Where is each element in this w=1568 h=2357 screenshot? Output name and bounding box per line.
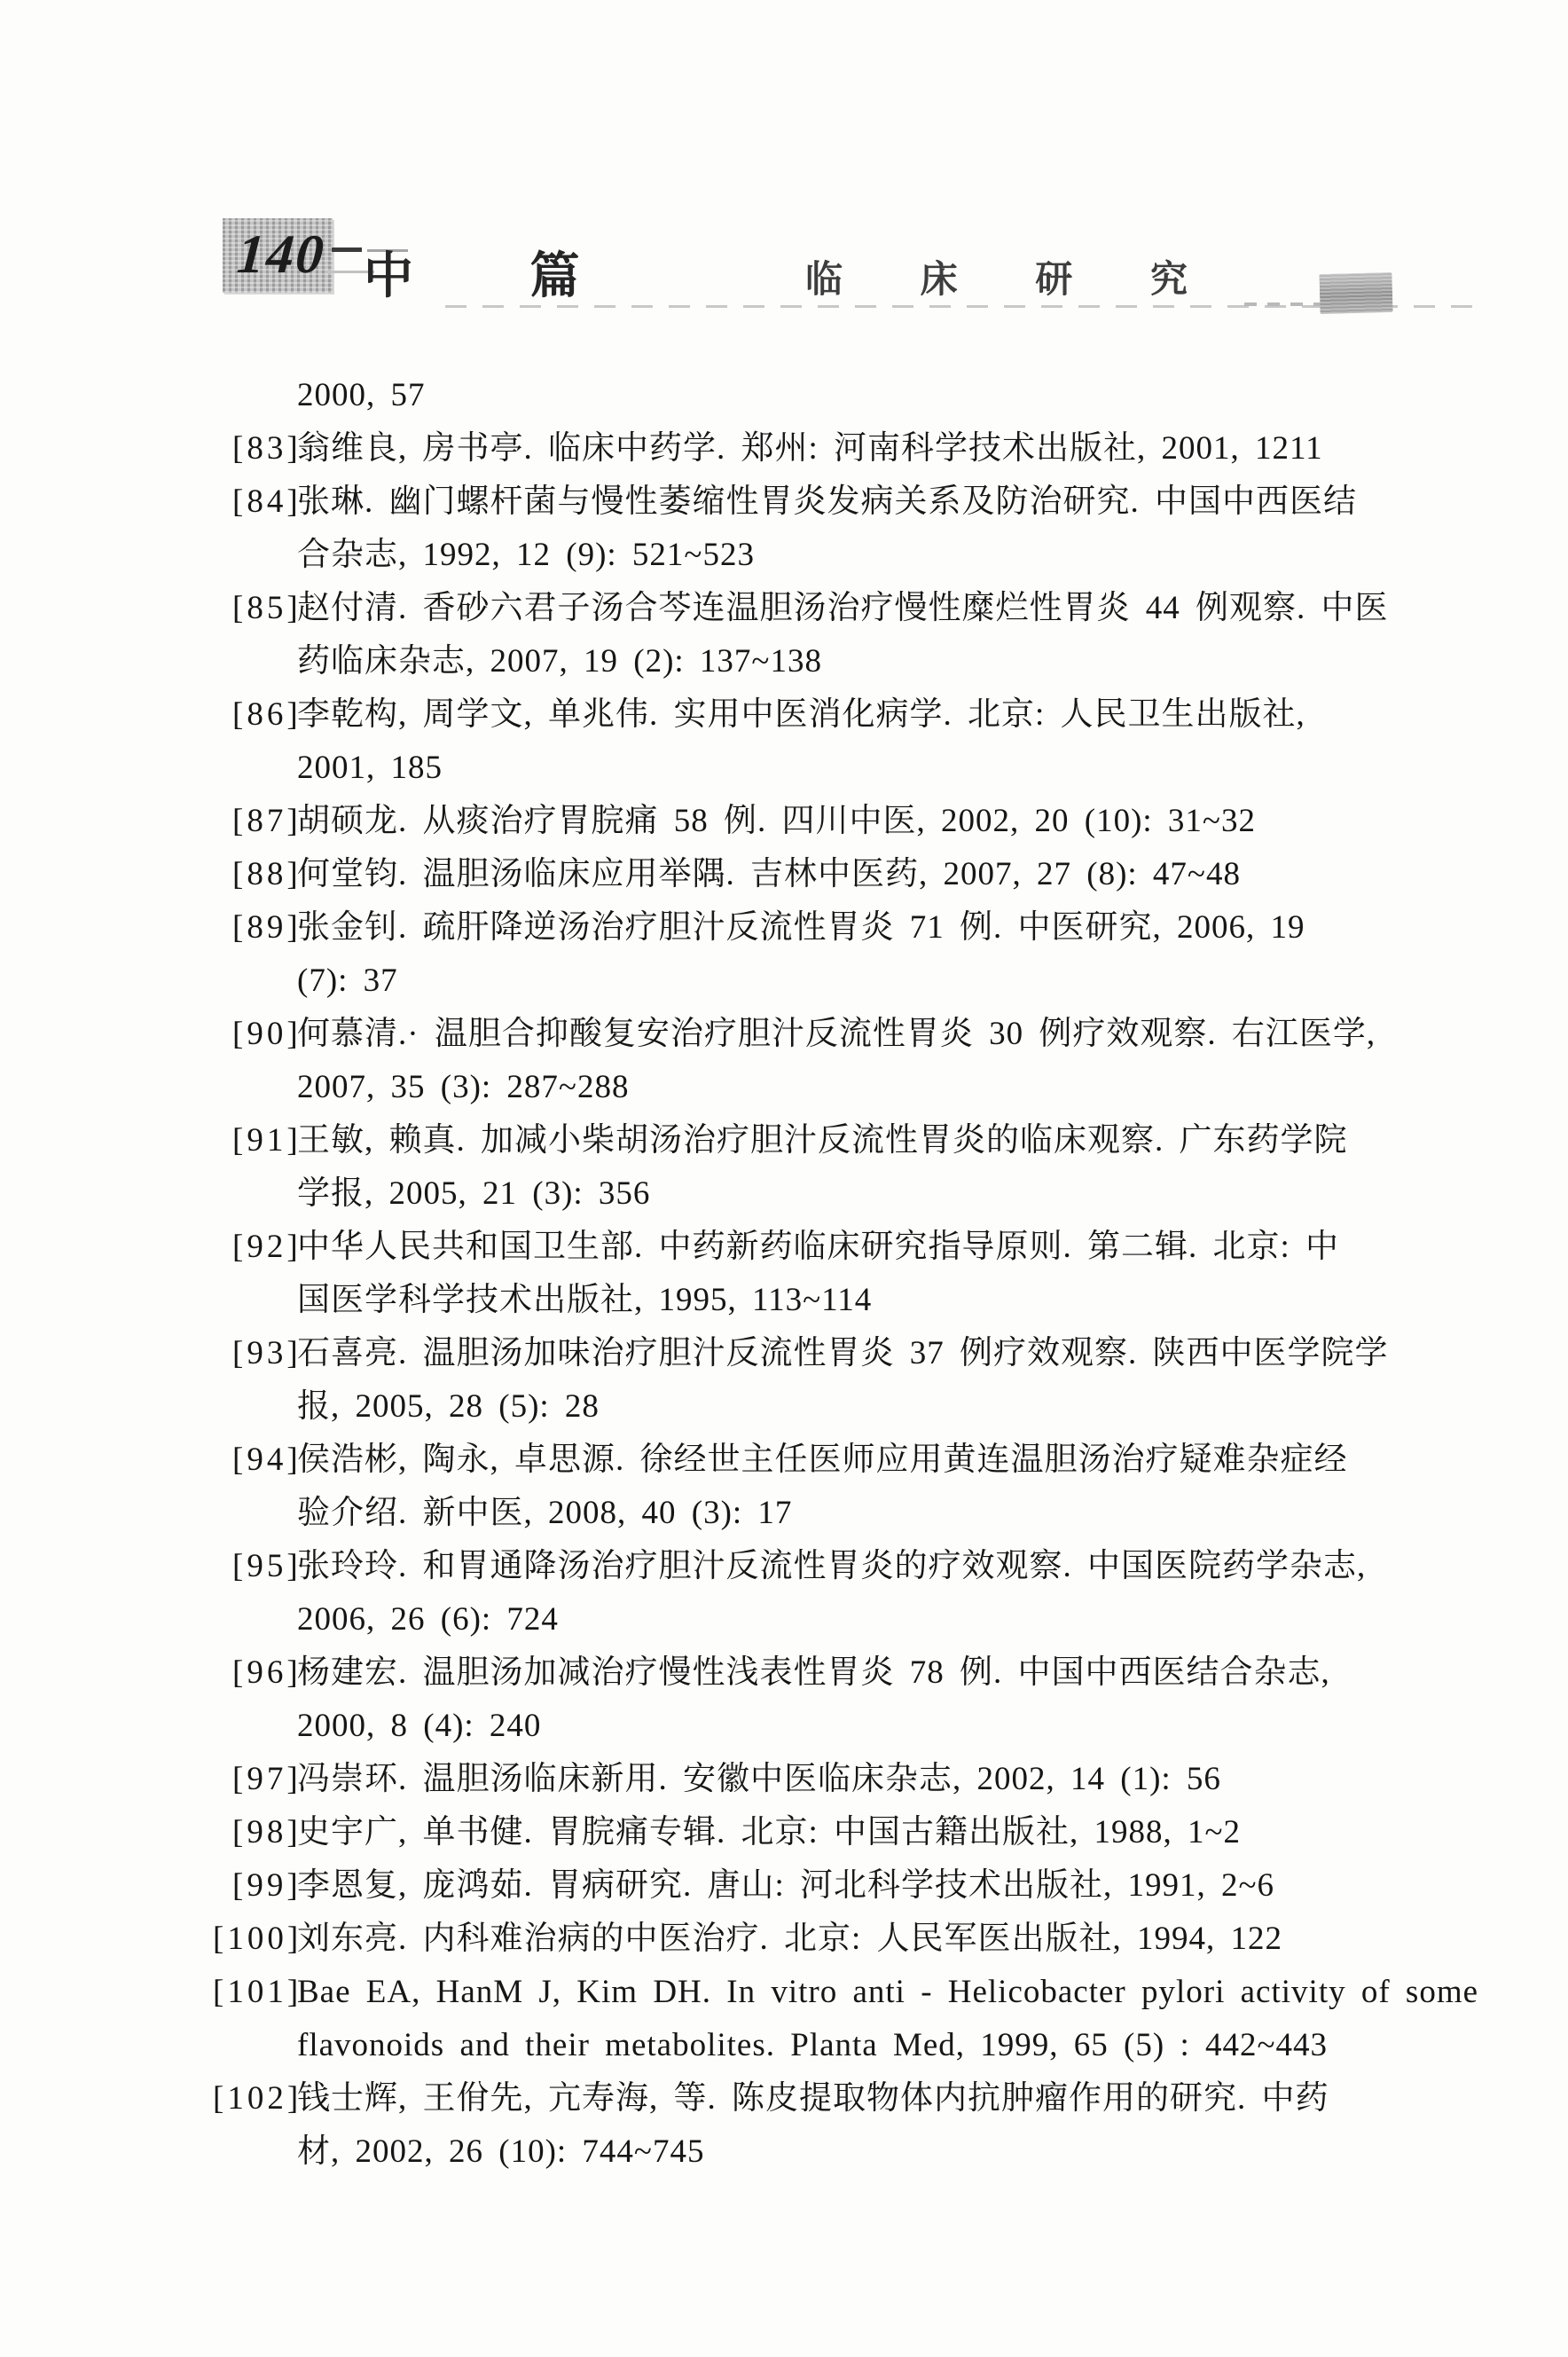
reference-number: [86] [213,688,297,742]
reference-continuation-line: 材, 2002, 26 (10): 744~745 [213,2125,1472,2179]
reference-continuation-line: 2000, 57 [213,369,1472,422]
reference-text: 何堂钧. 温胆汤临床应用举隅. 吉林中医药, 2007, 27 (8): 47~… [297,856,1241,892]
reference-text: 2000, 8 (4): 240 [297,1708,541,1744]
reference-text: 李恩复, 庞鸿茹. 胃病研究. 唐山: 河北科学技术出版社, 1991, 2~6 [297,1867,1274,1904]
reference-text: 何慕清.· 温胆合抑酸复安治疗胆汁反流性胃炎 30 例疗效观察. 右江医学, [297,1016,1376,1052]
reference-continuation-line: (7): 37 [213,955,1472,1008]
scan-artifact-blob [1319,272,1392,314]
reference-line: [101]Bae EA, HanM J, Kim DH. In vitro an… [213,1966,1472,2019]
reference-text: 合杂志, 1992, 12 (9): 521~523 [297,537,755,573]
reference-number: [94] [213,1434,297,1487]
reference-number: [97] [213,1753,297,1806]
reference-line: [99]李恩复, 庞鸿茹. 胃病研究. 唐山: 河北科学技术出版社, 1991,… [213,1859,1472,1913]
reference-text: 石喜亮. 温胆汤加味治疗胆汁反流性胃炎 37 例疗效观察. 陕西中医学院学 [297,1335,1389,1371]
reference-text: 2000, 57 [297,377,426,413]
reference-number: [102] [213,2072,297,2125]
reference-continuation-line: flavonoids and their metabolites. Planta… [213,2019,1472,2072]
header-dash-mark [332,247,362,252]
reference-text: 刘东亮. 内科难治病的中医治疗. 北京: 人民军医出版社, 1994, 122 [297,1921,1282,1957]
reference-line: [91]王敏, 赖真. 加减小柴胡汤治疗胆汁反流性胃炎的临床观察. 广东药学院 [213,1114,1472,1167]
scanned-book-page: 140 中 篇 临 床 研 究 2000, 57[83]翁维良, 房书亭. 临床… [0,0,1568,2357]
reference-line: [96]杨建宏. 温胆汤加减治疗慢性浅表性胃炎 78 例. 中国中西医结合杂志, [213,1646,1472,1700]
reference-line: [98]史宇广, 单书健. 胃脘痛专辑. 北京: 中国古籍出版社, 1988, … [213,1806,1472,1859]
reference-number: [88] [213,848,297,901]
reference-number: [99] [213,1859,297,1913]
reference-number: [85] [213,582,297,635]
reference-line: [102]钱士辉, 王佾先, 亢寿海, 等. 陈皮提取物体内抗肿瘤作用的研究. … [213,2072,1472,2125]
reference-line: [85]赵付清. 香砂六君子汤合芩连温胆汤治疗慢性糜烂性胃炎 44 例观察. 中… [213,582,1472,635]
reference-continuation-line: 2001, 185 [213,742,1472,795]
reference-line: [89]张金钊. 疏肝降逆汤治疗胆汁反流性胃炎 71 例. 中医研究, 2006… [213,901,1472,955]
reference-line: [93]石喜亮. 温胆汤加味治疗胆汁反流性胃炎 37 例疗效观察. 陕西中医学院… [213,1327,1472,1380]
header-dashed-rule-short [1244,302,1321,306]
reference-text: 药临床杂志, 2007, 19 (2): 137~138 [297,643,822,680]
reference-continuation-line: 合杂志, 1992, 12 (9): 521~523 [213,529,1472,582]
reference-continuation-line: 国医学科学技术出版社, 1995, 113~114 [213,1274,1472,1327]
reference-continuation-line: 2007, 35 (3): 287~288 [213,1061,1472,1114]
reference-line: [95]张玲玲. 和胃通降汤治疗胆汁反流性胃炎的疗效观察. 中国医院药学杂志, [213,1540,1472,1593]
reference-text: 学报, 2005, 21 (3): 356 [297,1175,650,1212]
reference-text: 翁维良, 房书亭. 临床中药学. 郑州: 河南科学技术出版社, 2001, 12… [297,430,1323,467]
reference-number: [89] [213,901,297,955]
reference-text: 赵付清. 香砂六君子汤合芩连温胆汤治疗慢性糜烂性胃炎 44 例观察. 中医 [297,590,1389,626]
reference-text: 张金钊. 疏肝降逆汤治疗胆汁反流性胃炎 71 例. 中医研究, 2006, 19 [297,909,1305,946]
reference-text: flavonoids and their metabolites. Planta… [297,2027,1328,2063]
reference-text: 王敏, 赖真. 加减小柴胡汤治疗胆汁反流性胃炎的临床观察. 广东药学院 [297,1122,1348,1159]
reference-text: 张玲玲. 和胃通降汤治疗胆汁反流性胃炎的疗效观察. 中国医院药学杂志, [297,1548,1366,1584]
reference-line: [88]何堂钧. 温胆汤临床应用举隅. 吉林中医药, 2007, 27 (8):… [213,848,1472,901]
reference-number: [93] [213,1327,297,1380]
reference-text: 材, 2002, 26 (10): 744~745 [297,2133,704,2170]
reference-number: [84] [213,475,297,529]
reference-text: 2006, 26 (6): 724 [297,1601,559,1638]
reference-line: [92]中华人民共和国卫生部. 中药新药临床研究指导原则. 第二辑. 北京: 中 [213,1221,1472,1274]
reference-text: 冯崇环. 温胆汤临床新用. 安徽中医临床杂志, 2002, 14 (1): 56 [297,1761,1221,1797]
reference-text: 钱士辉, 王佾先, 亢寿海, 等. 陈皮提取物体内抗肿瘤作用的研究. 中药 [297,2080,1329,2117]
reference-text: 李乾构, 周学文, 单兆伟. 实用中医消化病学. 北京: 人民卫生出版社, [297,696,1305,733]
reference-text: 报, 2005, 28 (5): 28 [297,1388,600,1425]
reference-text: 国医学科学技术出版社, 1995, 113~114 [297,1282,872,1318]
page-number: 140 [226,216,336,293]
reference-text: 史宇广, 单书健. 胃脘痛专辑. 北京: 中国古籍出版社, 1988, 1~2 [297,1814,1241,1850]
reference-text: Bae EA, HanM J, Kim DH. In vitro anti - … [297,1974,1478,2010]
reference-text: 侯浩彬, 陶永, 卓思源. 徐经世主任医师应用黄连温胆汤治疗疑难杂症经 [297,1442,1348,1478]
reference-line: [90]何慕清.· 温胆合抑酸复安治疗胆汁反流性胃炎 30 例疗效观察. 右江医… [213,1008,1472,1061]
reference-continuation-line: 2006, 26 (6): 724 [213,1593,1472,1646]
reference-line: [86]李乾构, 周学文, 单兆伟. 实用中医消化病学. 北京: 人民卫生出版社… [213,688,1472,742]
reference-number: [83] [213,422,297,475]
reference-text: 验介绍. 新中医, 2008, 40 (3): 17 [297,1495,792,1531]
reference-text: 胡硕龙. 从痰治疗胃脘痛 58 例. 四川中医, 2002, 20 (10): … [297,803,1256,839]
reference-line: [87]胡硕龙. 从痰治疗胃脘痛 58 例. 四川中医, 2002, 20 (1… [213,795,1472,848]
section-title: 中 篇 [364,251,631,301]
reference-continuation-line: 报, 2005, 28 (5): 28 [213,1380,1472,1434]
reference-text: 杨建宏. 温胆汤加减治疗慢性浅表性胃炎 78 例. 中国中西医结合杂志, [297,1654,1330,1691]
running-title: 临 床 研 究 [805,260,1221,299]
reference-number: [90] [213,1008,297,1061]
reference-continuation-line: 2000, 8 (4): 240 [213,1700,1472,1753]
reference-text: 张琳. 幽门螺杆菌与慢性萎缩性胃炎发病关系及防治研究. 中国中西医结 [297,483,1357,520]
reference-line: [100]刘东亮. 内科难治病的中医治疗. 北京: 人民军医出版社, 1994,… [213,1913,1472,1966]
reference-number: [87] [213,795,297,848]
reference-continuation-line: 学报, 2005, 21 (3): 356 [213,1167,1472,1221]
reference-number: [95] [213,1540,297,1593]
reference-text: 中华人民共和国卫生部. 中药新药临床研究指导原则. 第二辑. 北京: 中 [297,1229,1339,1265]
reference-continuation-line: 验介绍. 新中医, 2008, 40 (3): 17 [213,1487,1472,1540]
reference-text: 2001, 185 [297,750,443,786]
reference-number: [91] [213,1114,297,1167]
reference-line: [97]冯崇环. 温胆汤临床新用. 安徽中医临床杂志, 2002, 14 (1)… [213,1753,1472,1806]
reference-line: [83]翁维良, 房书亭. 临床中药学. 郑州: 河南科学技术出版社, 2001… [213,422,1472,475]
reference-number: [101] [213,1966,297,2019]
reference-line: [84]张琳. 幽门螺杆菌与慢性萎缩性胃炎发病关系及防治研究. 中国中西医结 [213,475,1472,529]
reference-number: [98] [213,1806,297,1859]
references-list: 2000, 57[83]翁维良, 房书亭. 临床中药学. 郑州: 河南科学技术出… [213,369,1472,2179]
reference-line: [94]侯浩彬, 陶永, 卓思源. 徐经世主任医师应用黄连温胆汤治疗疑难杂症经 [213,1434,1472,1487]
reference-text: (7): 37 [297,962,398,999]
reference-number: [92] [213,1221,297,1274]
reference-number: [96] [213,1646,297,1700]
reference-continuation-line: 药临床杂志, 2007, 19 (2): 137~138 [213,635,1472,688]
reference-number: [100] [213,1913,297,1966]
reference-text: 2007, 35 (3): 287~288 [297,1069,629,1105]
